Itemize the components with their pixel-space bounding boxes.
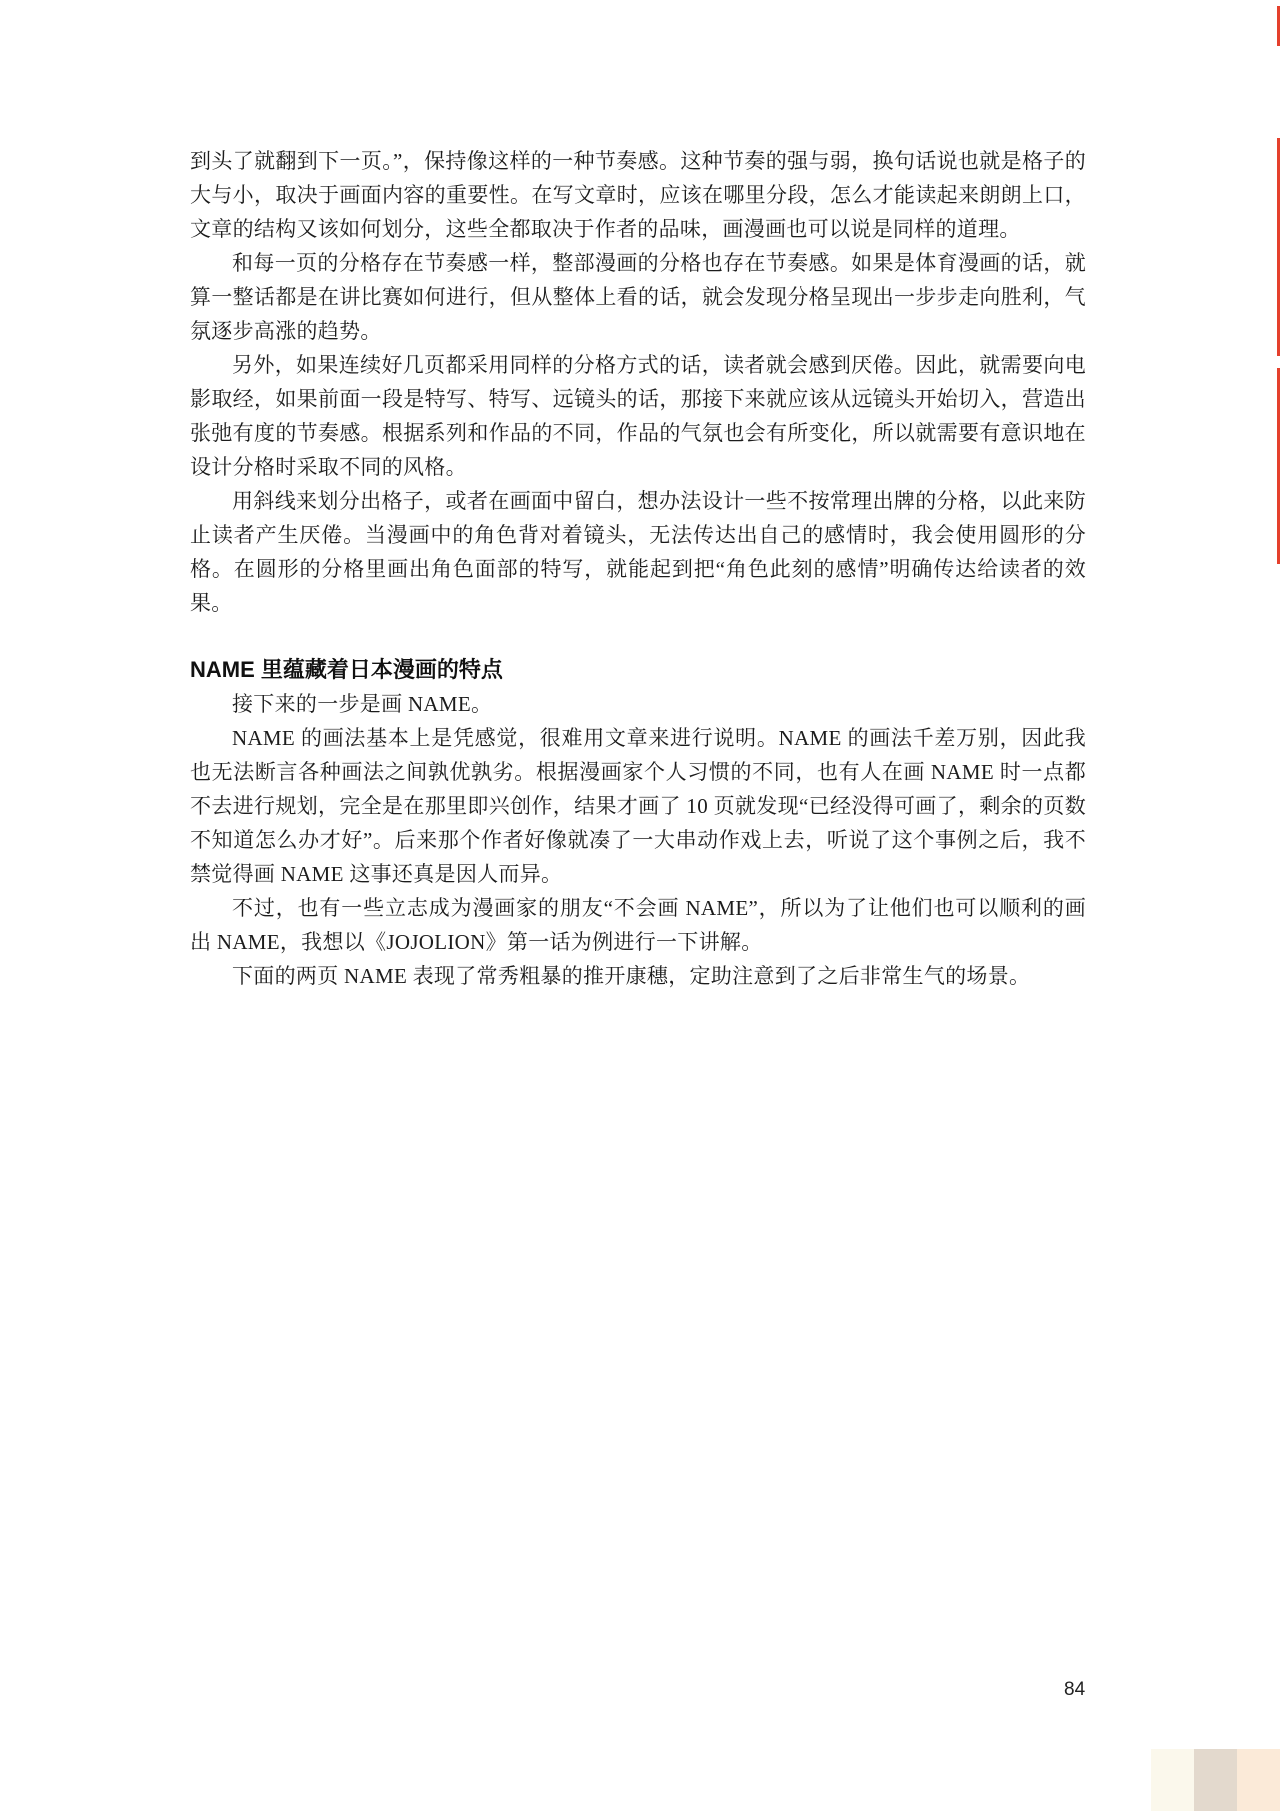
page-number: 84 — [1064, 1679, 1085, 1701]
body-paragraph: 不过，也有一些立志成为漫画家的朋友“不会画 NAME”，所以为了让他们也可以顺利… — [190, 891, 1086, 959]
section-heading: NAME 里蕴藏着日本漫画的特点 — [190, 652, 1086, 687]
body-paragraph: 另外，如果连续好几页都采用同样的分格方式的话，读者就会感到厌倦。因此，就需要向电… — [190, 348, 1086, 484]
body-paragraph: 接下来的一步是画 NAME。 — [190, 687, 1086, 721]
article-text-block: 到头了就翻到下一页。”，保持像这样的一种节奏感。这种节奏的强与弱，换句话说也就是… — [190, 144, 1086, 993]
body-paragraph: 下面的两页 NAME 表现了常秀粗暴的推开康穗，定助注意到了之后非常生气的场景。 — [190, 959, 1086, 993]
body-paragraph: 用斜线来划分出格子，或者在画面中留白，想办法设计一些不按常理出牌的分格，以此来防… — [190, 484, 1086, 620]
corner-color-swatch — [1194, 1749, 1237, 1811]
corner-color-swatch — [1151, 1749, 1194, 1811]
corner-color-swatch — [1237, 1749, 1280, 1811]
corner-color-swatches — [1151, 1749, 1280, 1811]
body-paragraph: NAME 的画法基本上是凭感觉，很难用文章来进行说明。NAME 的画法千差万别，… — [190, 721, 1086, 891]
document-page: 到头了就翻到下一页。”，保持像这样的一种节奏感。这种节奏的强与弱，换句话说也就是… — [0, 0, 1280, 1811]
body-paragraph: 和每一页的分格存在节奏感一样，整部漫画的分格也存在节奏感。如果是体育漫画的话，就… — [190, 246, 1086, 348]
body-paragraph: 到头了就翻到下一页。”，保持像这样的一种节奏感。这种节奏的强与弱，换句话说也就是… — [190, 144, 1086, 246]
